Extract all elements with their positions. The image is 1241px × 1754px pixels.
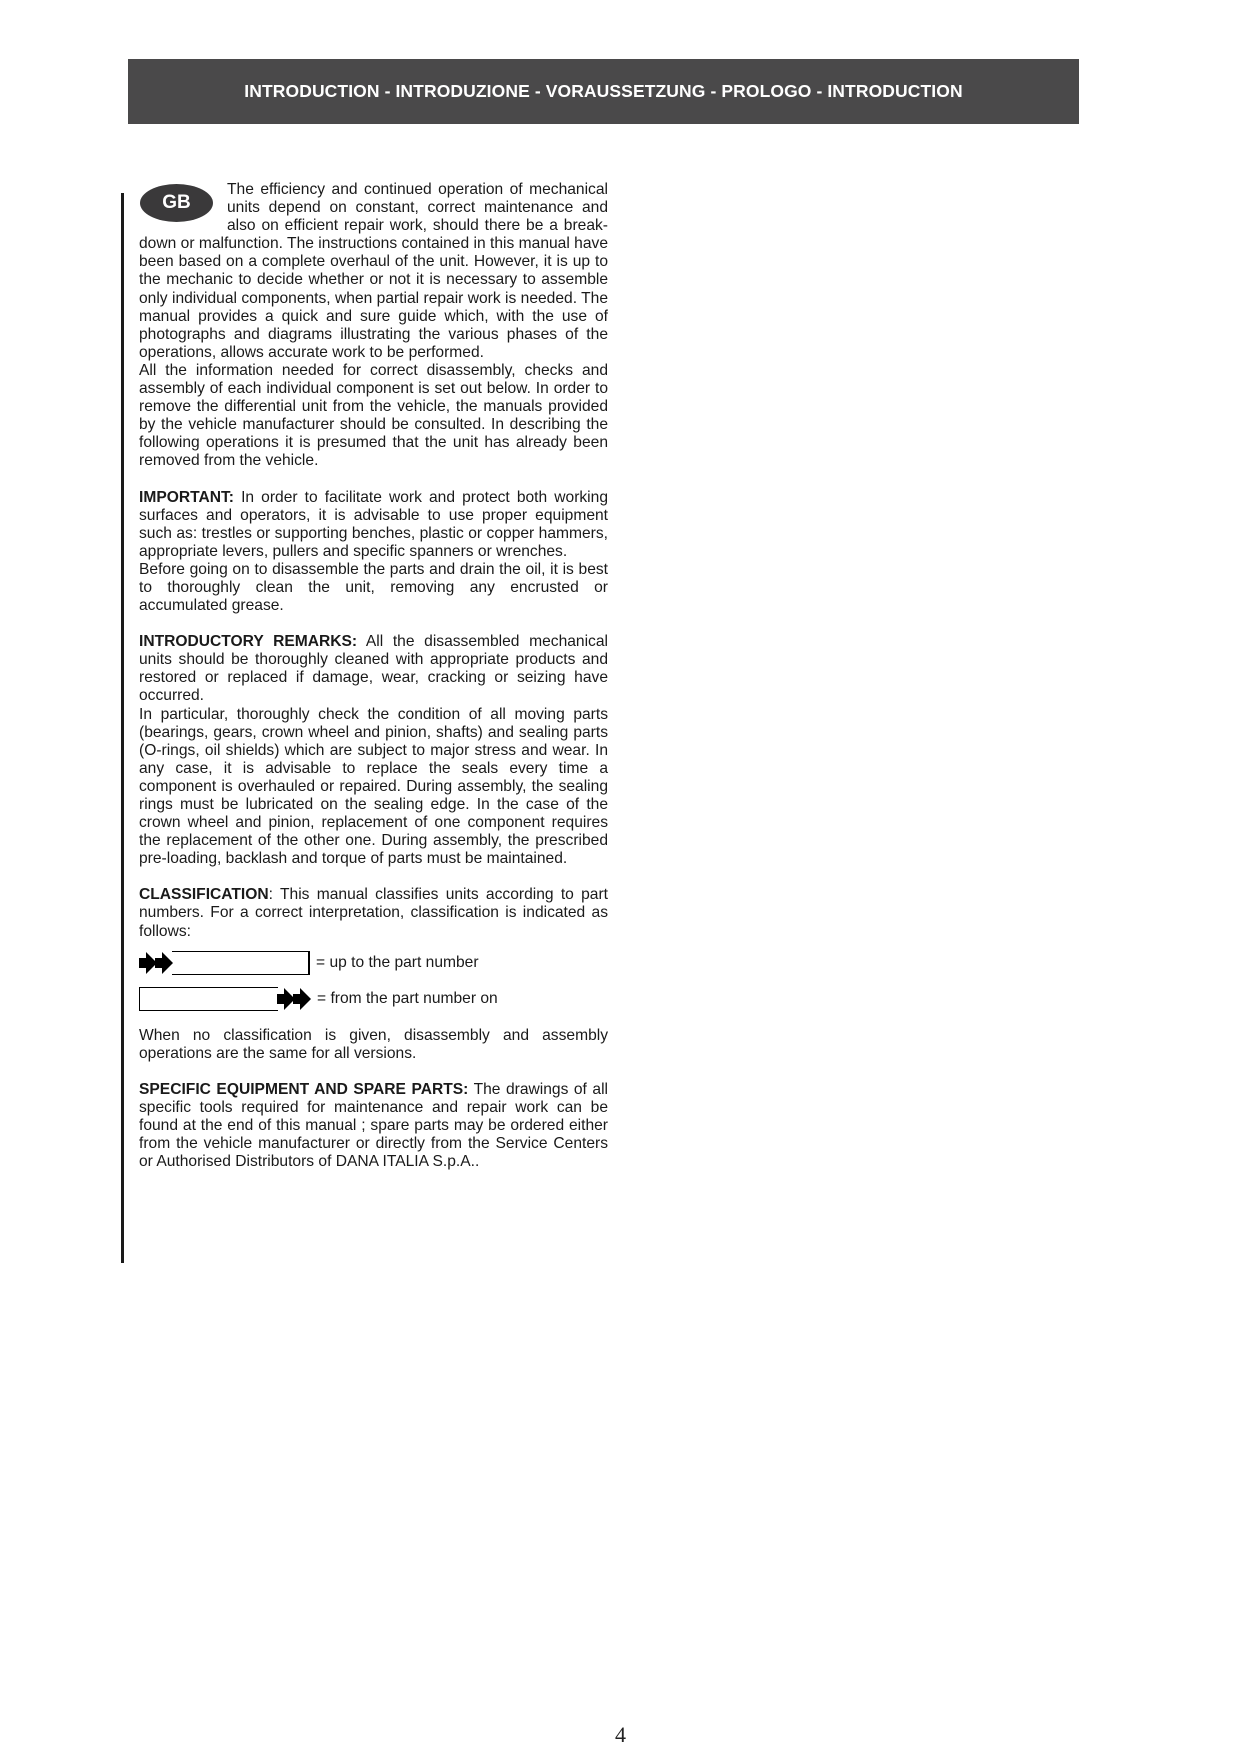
- important-section: IMPORTANT: In order to facilitate work a…: [139, 489, 608, 616]
- important-paragraph-2: Before going on to disassemble the parts…: [139, 561, 608, 615]
- equipment-label: SPECIFIC EQUIPMENT AND SPARE PARTS:: [139, 1081, 468, 1098]
- part-number-box: [172, 951, 310, 975]
- equipment-paragraph: SPECIFIC EQUIPMENT AND SPARE PARTS: The …: [139, 1081, 608, 1171]
- classification-paragraph: CLASSIFICATION: This manual classifies u…: [139, 886, 608, 940]
- classification-label: CLASSIFICATION: [139, 886, 269, 903]
- classification-legend-from: = from the part number on: [139, 986, 608, 1013]
- section-title: INTRODUCTION - INTRODUZIONE - VORAUSSETZ…: [244, 81, 962, 102]
- section-header-bar: INTRODUCTION - INTRODUZIONE - VORAUSSETZ…: [128, 59, 1079, 124]
- part-number-box: [139, 987, 278, 1011]
- important-paragraph: IMPORTANT: In order to facilitate work a…: [139, 489, 608, 561]
- classification-legend-up-to: = up to the part number: [139, 950, 608, 977]
- classification-section: CLASSIFICATION: This manual classifies u…: [139, 886, 608, 1062]
- text-column: GB The efficiency and continued operatio…: [139, 181, 608, 1171]
- classification-note: When no classification is given, disasse…: [139, 1027, 608, 1063]
- remarks-paragraph-2: In particular, thoroughly check the cond…: [139, 706, 608, 869]
- intro-paragraph-2: All the information needed for correct d…: [139, 362, 608, 471]
- specific-equipment-section: SPECIFIC EQUIPMENT AND SPARE PARTS: The …: [139, 1081, 608, 1171]
- legend-meaning: = up to the part number: [316, 954, 479, 972]
- remarks-label: INTRODUCTORY REMARKS:: [139, 633, 357, 650]
- language-badge: GB: [140, 184, 213, 222]
- double-arrow-icon: [139, 952, 173, 974]
- change-bar-rule: [121, 193, 124, 1263]
- page-number: 4: [0, 1722, 1241, 1748]
- remarks-paragraph: INTRODUCTORY REMARKS: All the disassembl…: [139, 633, 608, 705]
- introductory-remarks-section: INTRODUCTORY REMARKS: All the disassembl…: [139, 633, 608, 868]
- legend-meaning: = from the part number on: [317, 990, 498, 1008]
- double-arrow-icon: [277, 988, 311, 1010]
- language-badge-label: GB: [162, 194, 191, 212]
- important-label: IMPORTANT:: [139, 489, 234, 506]
